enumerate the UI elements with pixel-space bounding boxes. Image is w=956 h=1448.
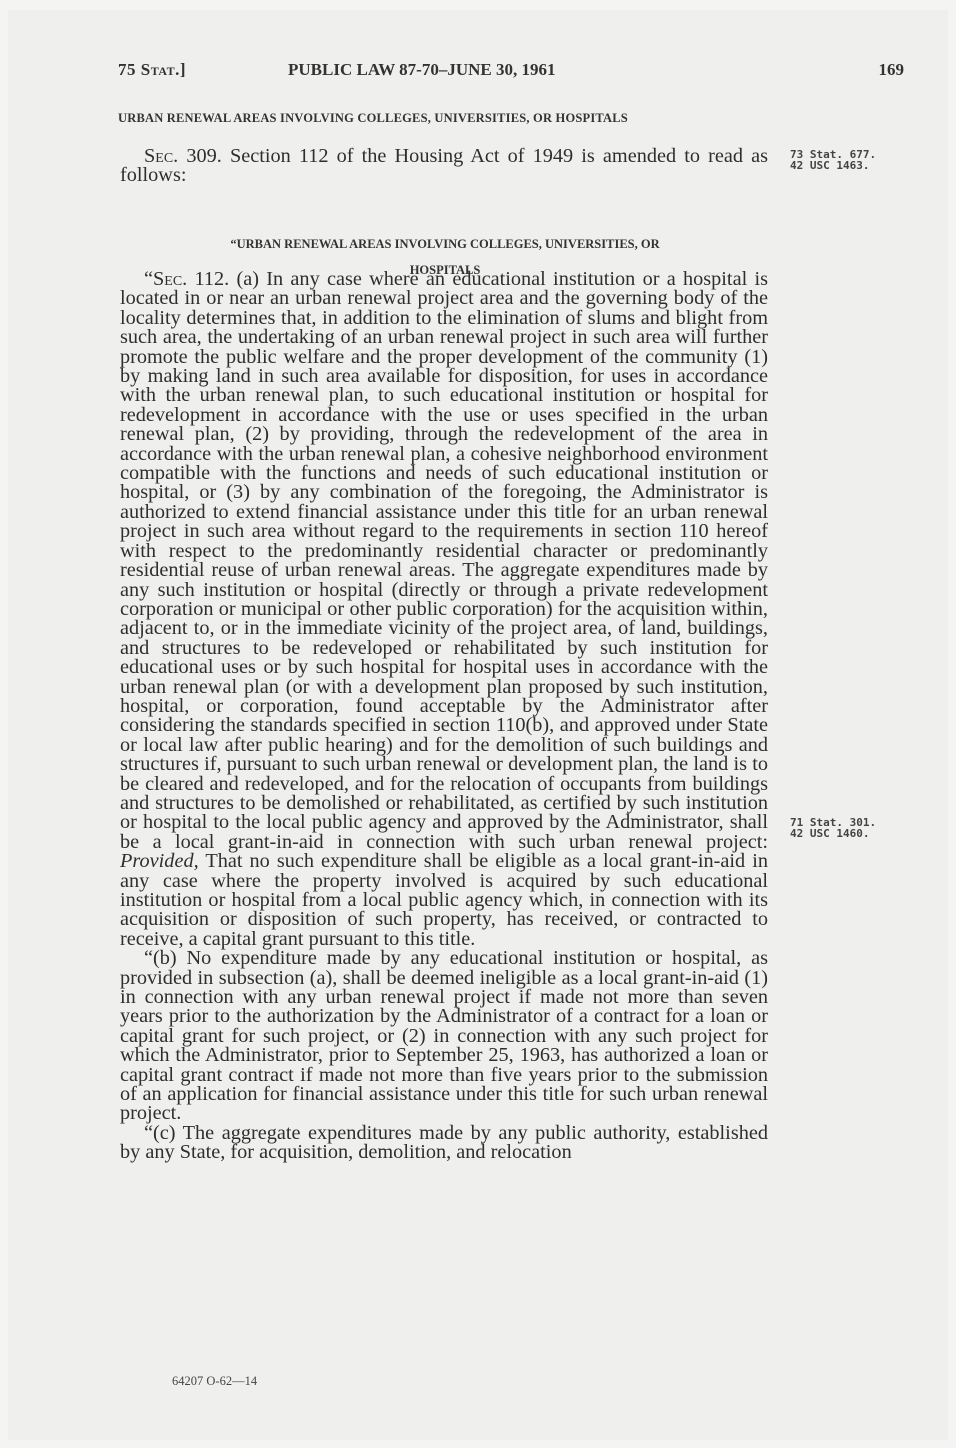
page-number: 169 (879, 60, 905, 80)
subsection-b: “(b) No expenditure made by any educatio… (120, 949, 768, 1124)
margin-note-usc-2: 42 USC 1460. (790, 828, 910, 839)
subsection-a: “Sec. 112. (a) In any case where an educ… (120, 270, 768, 949)
margin-note-usc: 42 USC 1463. (790, 160, 910, 171)
quoted-heading-line-1: “URBAN RENEWAL AREAS INVOLVING COLLEGES,… (140, 231, 750, 257)
margin-note-citation-2: 71 Stat. 301. 42 USC 1460. (790, 817, 910, 839)
volume-citation: 75 Stat.] (118, 60, 186, 80)
print-job-code: 64207 O-62—14 (172, 1374, 257, 1389)
proviso-text: That no such expenditure shall be eligib… (120, 850, 768, 950)
running-head-title: PUBLIC LAW 87-70–JUNE 30, 1961 (288, 60, 555, 80)
subsection-c: “(c) The aggregate expenditures made by … (120, 1124, 768, 1163)
section-catchline: URBAN RENEWAL AREAS INVOLVING COLLEGES, … (118, 111, 778, 126)
section-112-body: “Sec. 112. (a) In any case where an educ… (120, 270, 768, 1163)
subsection-a-text: (a) In any case where an educational ins… (120, 268, 768, 853)
running-head: 75 Stat.] PUBLIC LAW 87-70–JUNE 30, 1961… (118, 60, 904, 86)
section-309: Sec. 309. Section 112 of the Housing Act… (120, 147, 768, 186)
margin-note-citation: 73 Stat. 677. 42 USC 1463. (790, 149, 910, 171)
